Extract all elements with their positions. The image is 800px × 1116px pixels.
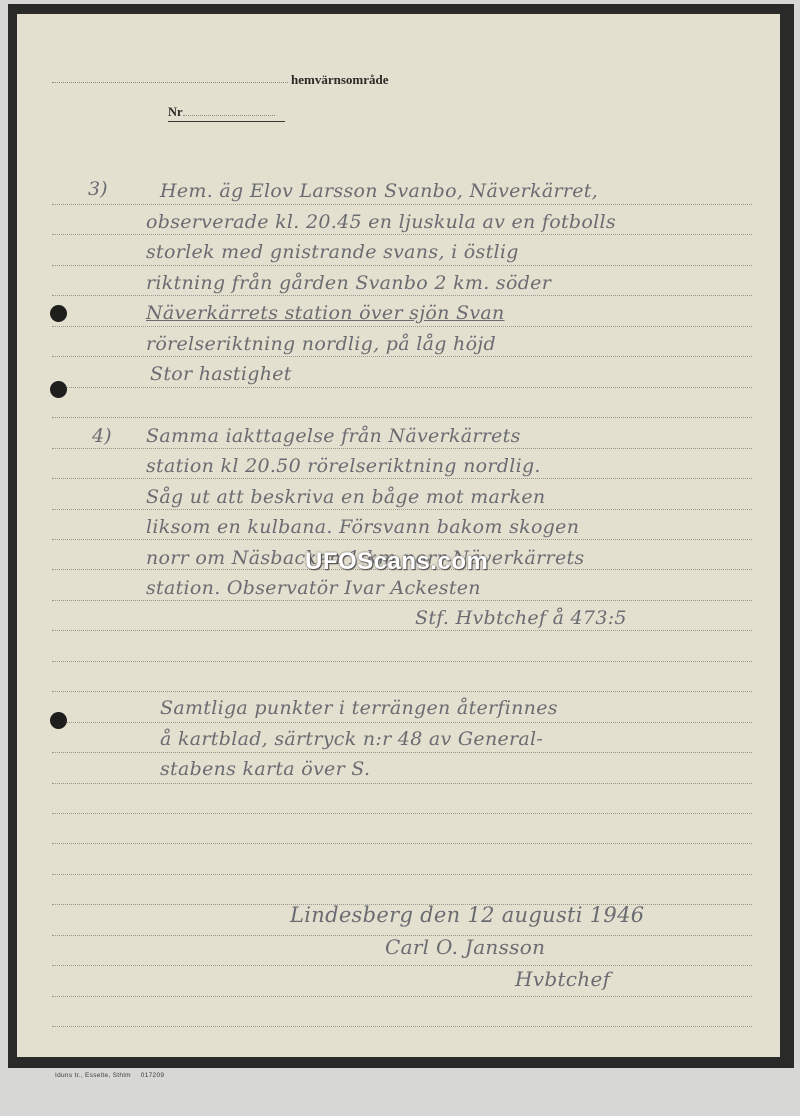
ruled-line [52,996,752,997]
ruled-line [52,204,752,205]
signature-title: Hvbtchef [515,967,610,991]
entry-number: 4) [92,425,112,447]
ruled-line [52,722,752,723]
entry-3-line-3: storlek med gnistrande svans, i östlig [146,241,519,263]
printer-name: Iduns tr., Esselte, Sthlm [55,1072,131,1079]
ruled-line [52,1026,752,1027]
punch-hole-3 [50,712,67,729]
ruled-line [52,265,752,266]
number-blank-line [183,115,275,116]
ruled-line [52,661,752,662]
ruled-line [52,965,752,966]
district-blank-line [52,82,288,83]
punch-hole-1 [50,305,67,322]
signature-name: Carl O. Jansson [385,935,545,959]
ruled-line [52,356,752,357]
note-line-1: Samtliga punkter i terrängen återfinnes [160,697,558,719]
entry-3-line-5: Näverkärrets station över sjön Svan [146,302,505,324]
ruled-line [52,783,752,784]
ruled-line [52,752,752,753]
entry-4-line-1: Samma iakttagelse från Näverkärrets [146,425,521,447]
ruled-line [52,234,752,235]
ruled-line [52,509,752,510]
entry-4-line-4: liksom en kulbana. Försvann bakom skogen [146,516,579,538]
ruled-line [52,295,752,296]
place-and-date: Lindesberg den 12 augusti 1946 [290,903,644,927]
ruled-line [52,813,752,814]
ruled-line [52,874,752,875]
entry-4-line-6: station. Observatör Ivar Ackesten [146,577,481,599]
entry-3-line-4: riktning från gården Svanbo 2 km. söder [146,272,551,294]
watermark: UFOScans.com [305,548,488,576]
ruled-line [52,539,752,540]
note-line-3: stabens karta över S. [160,758,370,780]
ruled-line [52,691,752,692]
entry-4-reference: Stf. Hvbtchef å 473:5 [415,607,627,629]
entry-number: 3) [88,178,108,200]
entry-3-line-7: Stor hastighet [150,363,292,385]
ruled-line [52,600,752,601]
entry-4-line-3: Såg ut att beskriva en båge mot marken [146,486,545,508]
ruled-line [52,843,752,844]
entry-3-line-2: observerade kl. 20.45 en ljuskula av en … [146,211,616,233]
district-label: hemvärnsområde [291,72,389,88]
ruled-line [52,448,752,449]
ruled-line [52,387,752,388]
note-line-2: å kartblad, särtryck n:r 48 av General- [160,728,543,750]
entry-3-line-1: Hem. äg Elov Larsson Svanbo, Näverkärret… [160,180,598,202]
ruled-line [52,478,752,479]
number-field: Nr [168,103,285,122]
entry-3-line-6: rörelseriktning nordlig, på låg höjd [146,333,496,355]
punch-hole-2 [50,381,67,398]
number-label: Nr [168,105,183,119]
entry-4-line-2: station kl 20.50 rörelseriktning nordlig… [146,455,541,477]
printer-imprint: Iduns tr., Esselte, Sthlm017209 [55,1072,164,1079]
ruled-line [52,630,752,631]
ruled-line [52,417,752,418]
ruled-line [52,326,752,327]
form-number: 017209 [141,1072,165,1079]
